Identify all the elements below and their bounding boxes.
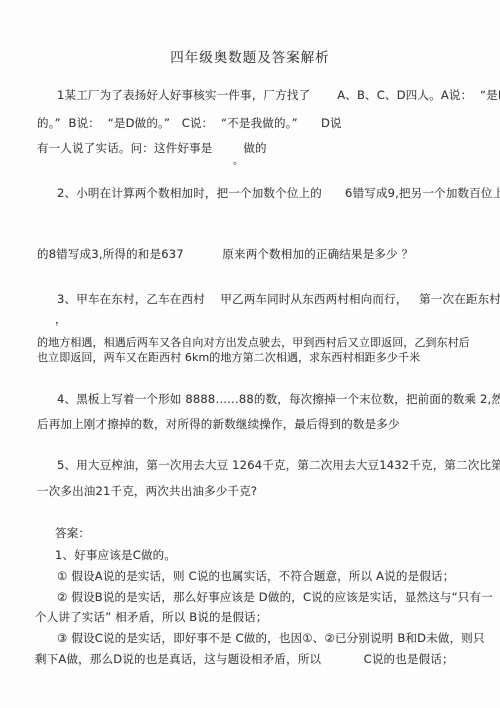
answers-header: 答案： [55, 526, 90, 540]
problem-3-line-3: 的地方相遇，相遇后两车又各自向对方出发点驶去，甲到西村后又立即返回，乙到东村后 [37, 336, 470, 350]
document-page: 四年级奥数题及答案解析 1某工厂为了表扬好人好事核实一件事，厂方找了 A、B、C… [0, 0, 500, 708]
problem-1-stray-period: 。 [233, 155, 243, 169]
problem-1-line-1: 1某工厂为了表扬好人好事核实一件事，厂方找了 A、B、C、D四人。A说： “是B… [57, 88, 500, 102]
problem-3-stray-comma: ， [55, 312, 67, 326]
answer-1-step-2: ② 假设B说的是实话，那么好事应该是 D做的，C说的应该是实话，显然这与“只有一 [57, 590, 493, 604]
problem-5-line-1: 5、用大豆榨油，第一次用去大豆 1264千克，第二次用去大豆1432千克，第二次… [57, 458, 500, 472]
problem-4-line-1: 4、黑板上写着一个形如 8888……88的数，每次擦掉一个末位数，把前面的数乘 … [57, 392, 500, 406]
problem-5-line-2: 一次多出油21千克，两次共出油多少千克? [37, 484, 257, 498]
answer-1-step-3-cont: 剩下A做，那么D说的也是真话，这与题设相矛盾，所以 C说的也是假话； [35, 652, 454, 666]
problem-3-line-1: 3、甲车在东村，乙车在西村 甲乙两车同时从东西两村相向而行， 第一次在距东村 [57, 292, 500, 306]
problem-3-line-4: 也立即返回，两车又在距西村 6km的地方第二次相遇，求东西村相距多少千米 [37, 351, 420, 365]
problem-4-line-2: 后再加上刚才擦掉的数，对所得的新数继续操作，最后得到的数是多少 [37, 417, 400, 431]
answer-1-step-3: ③ 假设C说的是实话，即好事不是 C做的，也因①、②已分别说明 B和D未做，则只 [57, 631, 485, 645]
answer-1-step-1: ① 假设A说的是实话，则 C说的也属实话，不符合题意，所以 A说的是假话； [57, 569, 454, 583]
problem-2-line-1: 2、小明在计算两个数相加时，把一个加数个位上的 6错写成9,把另一个加数百位上 [57, 186, 500, 200]
problem-2-line-2: 的8错写成3,所得的和是637 原来两个数相加的正确结果是多少 ？ [37, 247, 413, 261]
document-title: 四年级奥数题及答案解析 [0, 46, 500, 66]
problem-1-line-3: 有一人说了实话。问：这件好事是 做的 [37, 141, 267, 155]
answer-1-step-2-cont: 个人讲了实话” 相矛盾，所以 B说的是假话； [35, 610, 268, 624]
problem-1-line-2: 的。” B说： “是D做的。” C说： “不是我做的。” D说 [37, 116, 342, 130]
answer-1-result: 1、好事应该是C做的。 [55, 548, 176, 562]
